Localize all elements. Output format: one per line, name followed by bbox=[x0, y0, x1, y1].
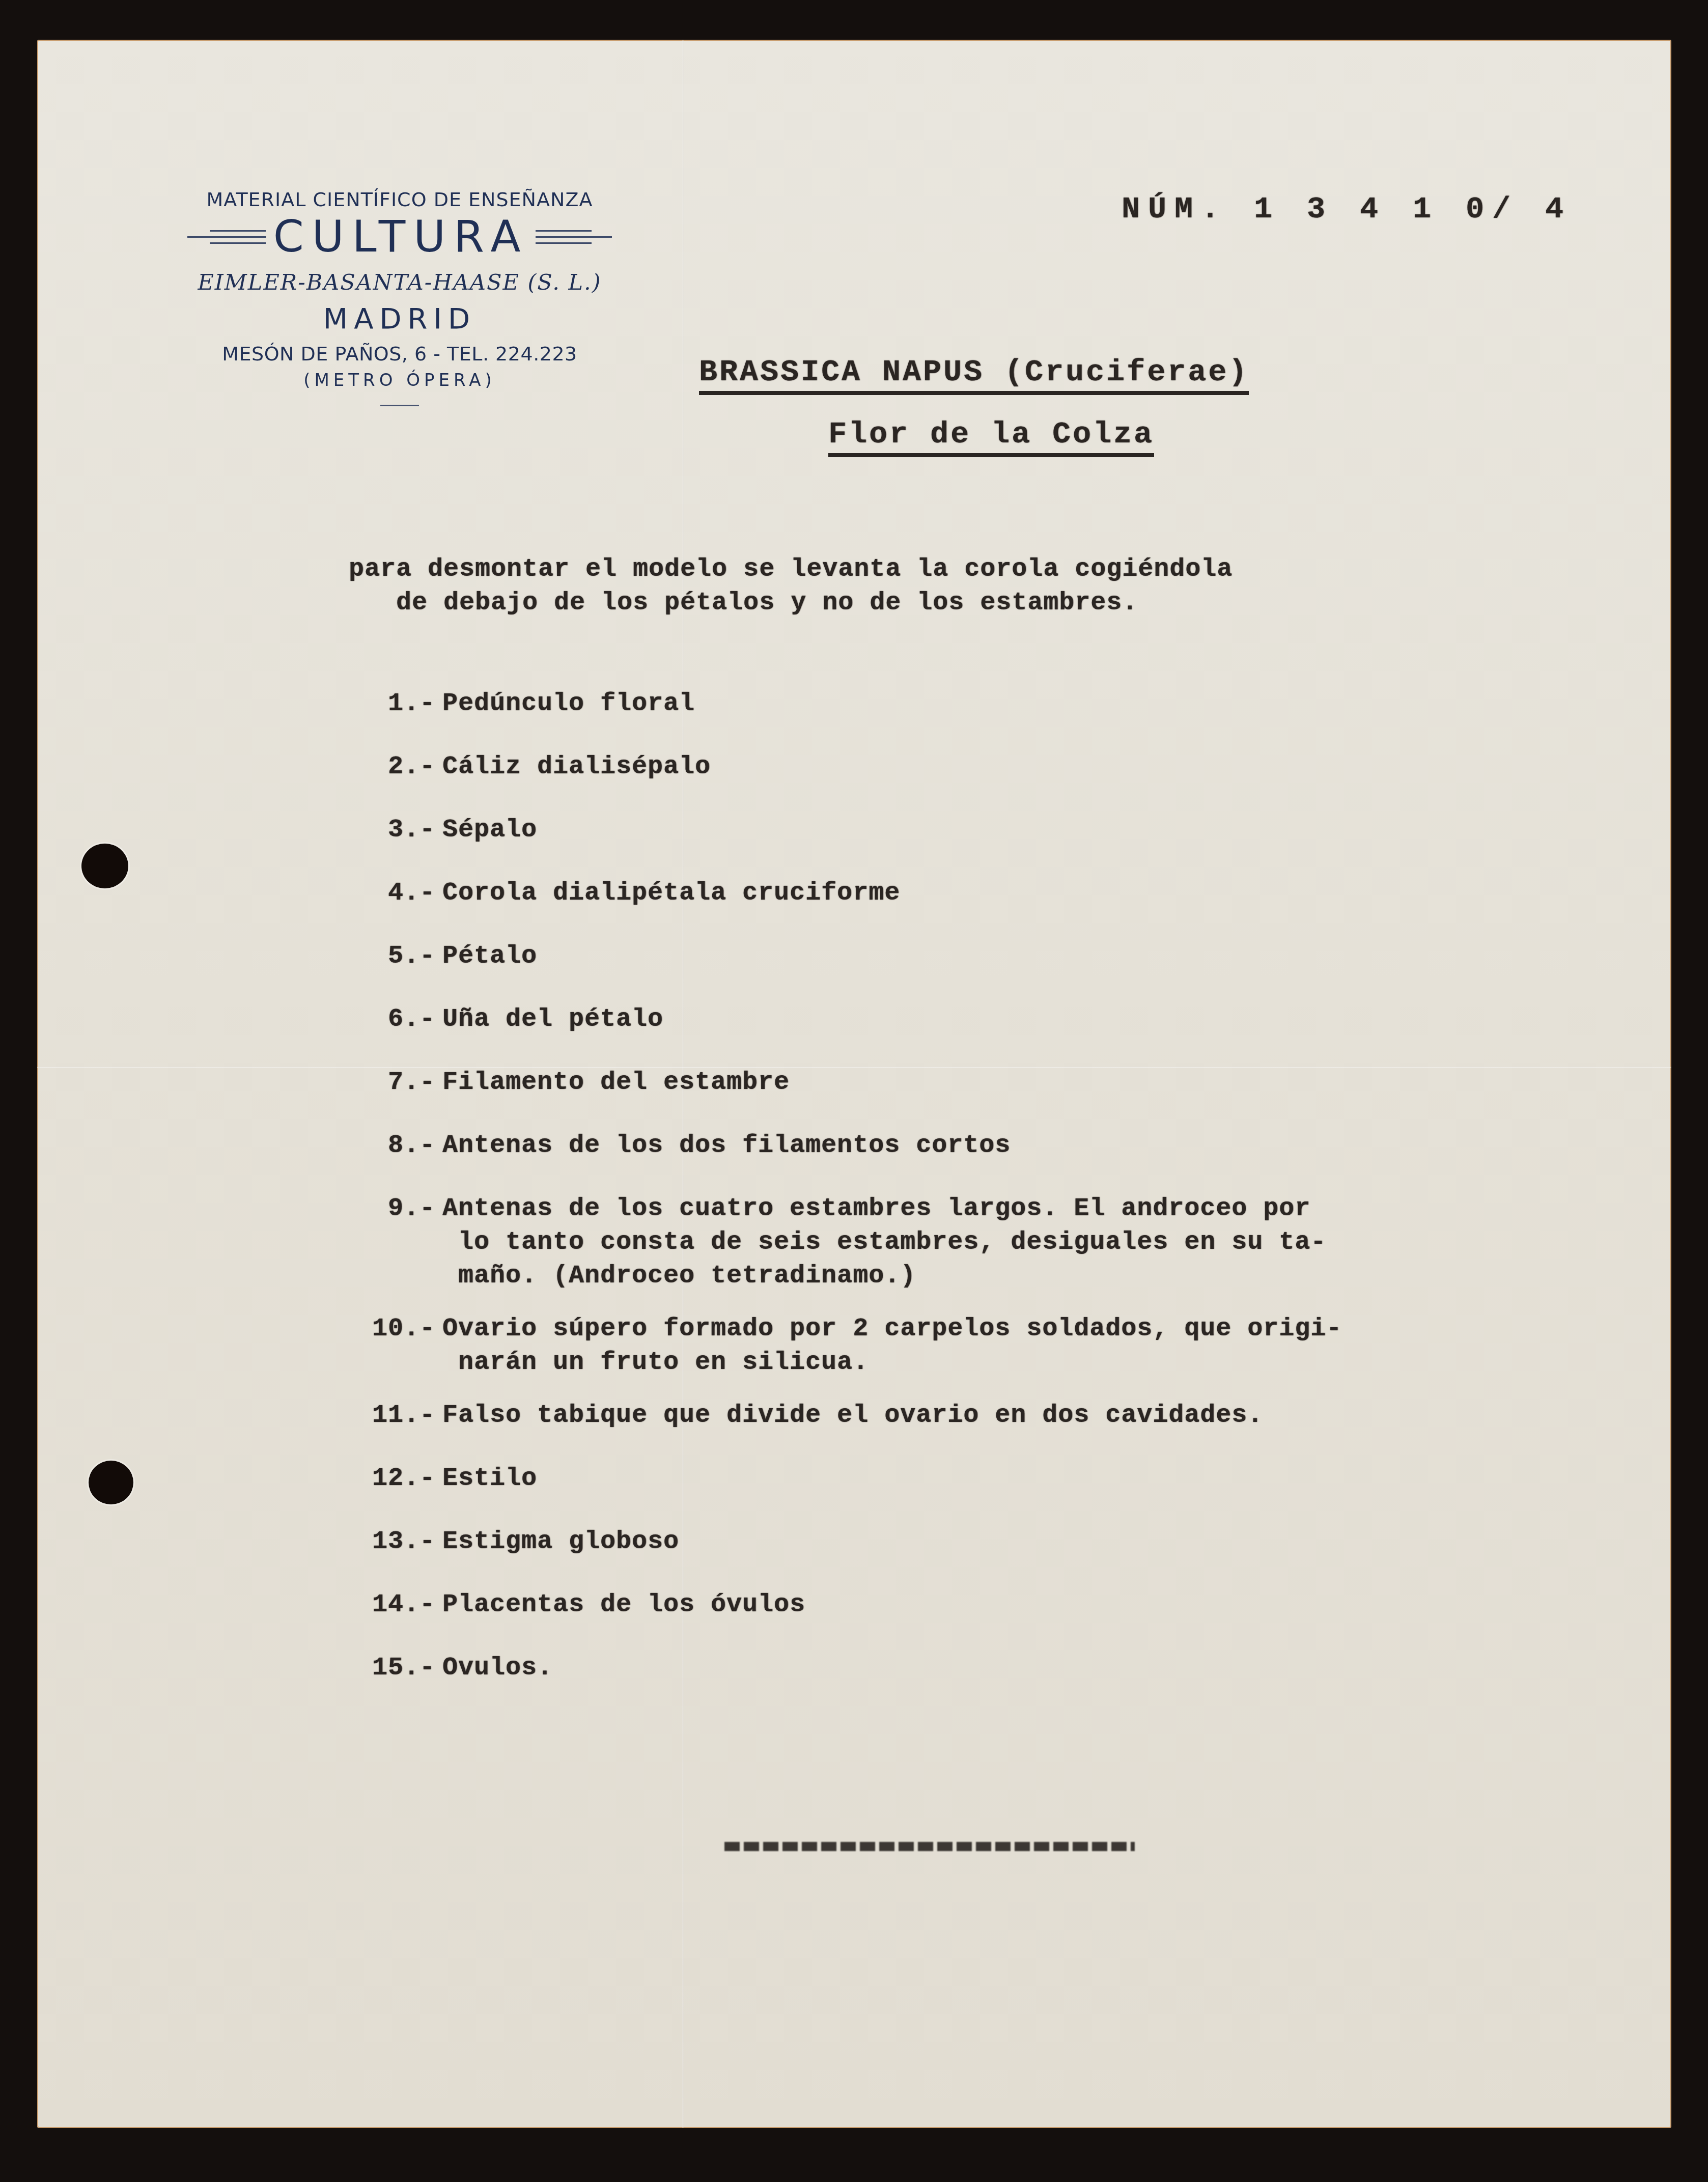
item-text: Corola dialipétala cruciforme bbox=[442, 877, 900, 910]
list-item: 12.-Estilo bbox=[332, 1462, 1605, 1496]
list-item: 14.-Placentas de los óvulos bbox=[332, 1588, 1605, 1622]
punch-hole-icon bbox=[81, 844, 128, 888]
list-item: 15.-Ovulos. bbox=[332, 1652, 1605, 1685]
intro-line: para desmontar el modelo se levanta la c… bbox=[349, 555, 1233, 584]
item-number: 15.- bbox=[332, 1652, 442, 1685]
list-item: 1.-Pedúnculo floral bbox=[332, 687, 1605, 721]
letterhead: MATERIAL CIENTÍFICO DE ENSEÑANZA CULTURA… bbox=[171, 152, 629, 406]
item-line: maño. (Androceo tetradinamo.) bbox=[442, 1262, 916, 1291]
item-text: Uña del pétalo bbox=[442, 1003, 663, 1037]
list-item: 10.-Ovario súpero formado por 2 carpelos… bbox=[332, 1312, 1605, 1380]
letterhead-tagline: MATERIAL CIENTÍFICO DE ENSEÑANZA bbox=[171, 188, 629, 211]
punch-hole-icon bbox=[89, 1461, 133, 1504]
decorative-lines-right-icon bbox=[536, 230, 612, 244]
letterhead-address: MESÓN DE PAÑOS, 6 - TEL. 224.223 bbox=[171, 343, 629, 365]
list-item: 3.-Sépalo bbox=[332, 814, 1605, 847]
item-number: 6.- bbox=[332, 1003, 442, 1037]
item-number: 7.- bbox=[332, 1066, 442, 1100]
closing-dashed-rule bbox=[724, 1842, 1135, 1851]
document-number: NÚM. 1 3 4 1 0/ 4 bbox=[1122, 192, 1572, 227]
letterhead-city: MADRID bbox=[171, 302, 629, 335]
decorative-lines-left-icon bbox=[187, 230, 266, 244]
list-item: 11.-Falso tabique que divide el ovario e… bbox=[332, 1399, 1605, 1433]
item-text-multiline: Ovario súpero formado por 2 carpelos sol… bbox=[442, 1312, 1342, 1380]
item-number: 8.- bbox=[332, 1129, 442, 1163]
item-text: Falso tabique que divide el ovario en do… bbox=[442, 1399, 1263, 1433]
item-line: Ovario súpero formado por 2 carpelos sol… bbox=[442, 1314, 1342, 1344]
item-text: Filamento del estambre bbox=[442, 1066, 790, 1100]
parts-list: 1.-Pedúnculo floral 2.-Cáliz dialisépalo… bbox=[332, 687, 1605, 1685]
letterhead-brand: CULTURA bbox=[273, 215, 529, 259]
item-number: 2.- bbox=[332, 750, 442, 784]
list-item: 5.-Pétalo bbox=[332, 940, 1605, 973]
letterhead-company: EIMLER-BASANTA-HAASE (S. L.) bbox=[171, 270, 629, 295]
item-number: 9.- bbox=[332, 1192, 442, 1293]
list-item: 2.-Cáliz dialisépalo bbox=[332, 750, 1605, 784]
title-block: BRASSICA NAPUS (Cruciferae) Flor de la C… bbox=[699, 355, 1310, 457]
list-item: 4.-Corola dialipétala cruciforme bbox=[332, 877, 1605, 910]
list-item: 13.-Estigma globoso bbox=[332, 1525, 1605, 1559]
item-line: Antenas de los cuatro estambres largos. … bbox=[442, 1194, 1310, 1223]
letterhead-divider bbox=[380, 405, 419, 406]
intro-paragraph: para desmontar el modelo se levanta la c… bbox=[349, 553, 1233, 620]
item-text: Pedúnculo floral bbox=[442, 687, 695, 721]
item-number: 13.- bbox=[332, 1525, 442, 1559]
letterhead-metro: (METRO ÓPERA) bbox=[171, 370, 629, 390]
item-number: 3.- bbox=[332, 814, 442, 847]
item-number: 5.- bbox=[332, 940, 442, 973]
item-number: 1.- bbox=[332, 687, 442, 721]
item-number: 10.- bbox=[332, 1312, 442, 1380]
item-line: narán un fruto en silicua. bbox=[442, 1348, 869, 1377]
item-number: 14.- bbox=[332, 1588, 442, 1622]
item-text: Cáliz dialisépalo bbox=[442, 750, 711, 784]
item-number: 4.- bbox=[332, 877, 442, 910]
item-text: Antenas de los dos filamentos cortos bbox=[442, 1129, 1011, 1163]
document-subtitle: Flor de la Colza bbox=[828, 417, 1154, 457]
item-text: Sépalo bbox=[442, 814, 537, 847]
item-text: Estilo bbox=[442, 1462, 537, 1496]
letterhead-brand-row: CULTURA bbox=[171, 215, 629, 259]
item-number: 11.- bbox=[332, 1399, 442, 1433]
item-text: Ovulos. bbox=[442, 1652, 553, 1685]
list-item: 6.-Uña del pétalo bbox=[332, 1003, 1605, 1037]
list-item: 9.-Antenas de los cuatro estambres largo… bbox=[332, 1192, 1605, 1293]
list-item: 7.-Filamento del estambre bbox=[332, 1066, 1605, 1100]
item-text: Pétalo bbox=[442, 940, 537, 973]
item-text-multiline: Antenas de los cuatro estambres largos. … bbox=[442, 1192, 1326, 1293]
item-text: Placentas de los óvulos bbox=[442, 1588, 805, 1622]
item-text: Estigma globoso bbox=[442, 1525, 679, 1559]
intro-line: de debajo de los pétalos y no de los est… bbox=[349, 589, 1138, 618]
list-item: 8.-Antenas de los dos filamentos cortos bbox=[332, 1129, 1605, 1163]
document-page: MATERIAL CIENTÍFICO DE ENSEÑANZA CULTURA… bbox=[37, 40, 1671, 2128]
document-title: BRASSICA NAPUS (Cruciferae) bbox=[699, 355, 1249, 395]
item-line: lo tanto consta de seis estambres, desig… bbox=[442, 1228, 1326, 1257]
item-number: 12.- bbox=[332, 1462, 442, 1496]
